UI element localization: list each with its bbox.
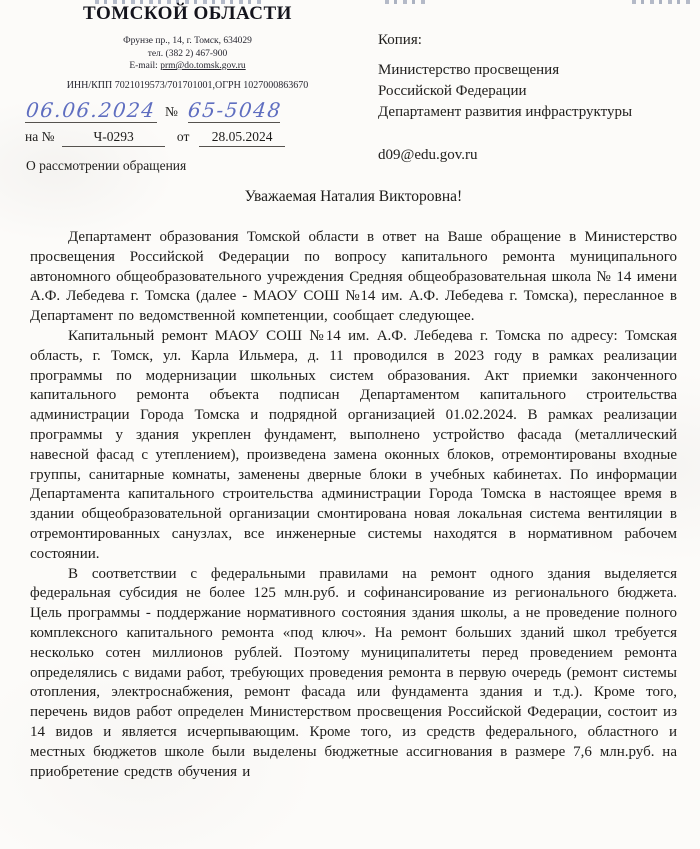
letterhead-address-block: Фрунзе пр., 14, г. Томск, 634029 тел. (3… (25, 35, 350, 73)
letter-body: Уважаемая Наталия Викторовна! Департамен… (30, 188, 677, 782)
incoming-date-field: 28.05.2024 (199, 129, 285, 147)
incoming-number-label: на № (25, 129, 54, 145)
handwritten-number: 65-5048 (187, 100, 283, 122)
letterhead: ТОМСКОЙ ОБЛАСТИ Фрунзе пр., 14, г. Томск… (25, 3, 350, 91)
copy-label: Копия: (378, 30, 678, 51)
organization-region-line: ТОМСКОЙ ОБЛАСТИ (25, 3, 350, 25)
recipient-block: Копия: Министерство просвещения Российск… (378, 30, 678, 166)
body-paragraph-3: В соответствии с федеральными правилами … (30, 565, 677, 783)
clipped-top-mark (385, 0, 430, 4)
salutation: Уважаемая Наталия Викторовна! (30, 188, 677, 206)
handwritten-date: 06.06.2024 (25, 100, 157, 122)
outgoing-number-field: 65-5048 (188, 100, 280, 123)
letterhead-phone-line: тел. (382 2) 467-900 (25, 48, 350, 61)
letter-subject: О рассмотрении обращения (26, 158, 186, 174)
scanned-letter-page: ТОМСКОЙ ОБЛАСТИ Фрунзе пр., 14, г. Томск… (0, 0, 700, 849)
incoming-reference-row: на № Ч-0293 от 28.05.2024 (25, 129, 285, 149)
email-label: E-mail: (129, 61, 160, 71)
body-paragraph-1: Департамент образования Томской области … (30, 228, 677, 327)
reference-fields: 06.06.2024 № 65-5048 на № Ч-0293 от 28.0… (25, 93, 285, 149)
recipient-line: Департамент развития инфраструктуры (378, 102, 678, 123)
number-sign: № (165, 104, 178, 123)
letterhead-email: prm@do.tomsk.gov.ru (160, 61, 245, 71)
letterhead-address-line: Фрунзе пр., 14, г. Томск, 634029 (25, 35, 350, 48)
body-paragraph-2: Капитальный ремонт МАОУ СОШ №14 им. А.Ф.… (30, 327, 677, 565)
letterhead-email-line: E-mail: prm@do.tomsk.gov.ru (25, 60, 350, 73)
incoming-number-field: Ч-0293 (62, 129, 164, 147)
letterhead-inn-ogrn-line: ИНН/КПП 7021019573/701701001,ОГРН 102700… (25, 80, 350, 91)
from-label: от (177, 129, 189, 145)
outgoing-date-field: 06.06.2024 (25, 100, 157, 123)
clipped-top-mark-right (632, 0, 690, 4)
recipient-line: Министерство просвещения (378, 60, 678, 81)
recipient-email: d09@edu.gov.ru (378, 145, 678, 166)
recipient-line: Российской Федерации (378, 81, 678, 102)
outgoing-reference-row: 06.06.2024 № 65-5048 (25, 93, 285, 123)
